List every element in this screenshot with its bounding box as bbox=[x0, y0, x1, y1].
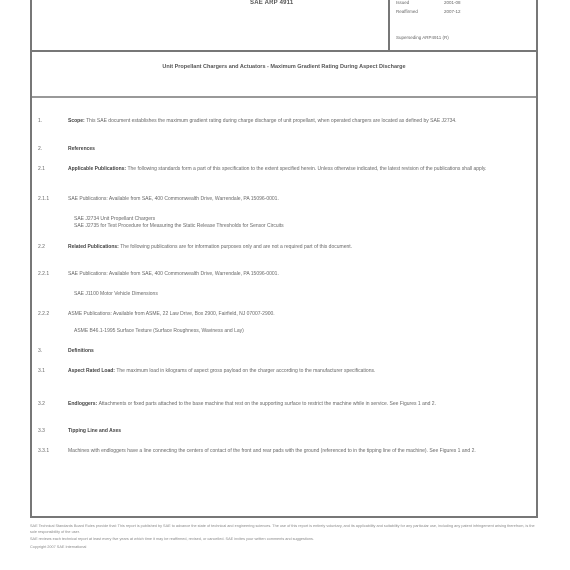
section-number: 2.2.2 bbox=[38, 311, 68, 318]
section-text: Aspect Rated Load: The maximum load in k… bbox=[68, 368, 526, 375]
section-number: 3.2 bbox=[38, 401, 68, 408]
title-divider bbox=[32, 96, 536, 98]
section-text: SAE Publications: Available from SAE, 40… bbox=[68, 196, 526, 203]
section-text: Scope: This SAE document establishes the… bbox=[68, 118, 526, 125]
section-text: Related Publications: The following publ… bbox=[68, 244, 526, 251]
section-heading: Tipping Line and Axes bbox=[68, 428, 121, 434]
reference-entry: SAE J1100 Motor Vehicle Dimensions bbox=[74, 291, 514, 298]
section-number: 3. bbox=[38, 348, 68, 355]
section-text: ASME Publications: Available from ASME, … bbox=[68, 311, 526, 318]
reference-entry: SAE J2735 for Test Procedure for Measuri… bbox=[74, 223, 514, 230]
header-left-panel: SAE ARP 4911 bbox=[32, 0, 390, 52]
meta-issued: Issued2001-08 bbox=[396, 0, 461, 5]
reference-entry: ASME B46.1-1995 Surface Texture (Surface… bbox=[74, 328, 514, 335]
section-text: Machines with endloggers have a line con… bbox=[68, 448, 526, 455]
section-heading: References bbox=[68, 146, 95, 152]
header-divider bbox=[32, 50, 536, 52]
document-number: SAE ARP 4911 bbox=[250, 0, 293, 6]
section-text: SAE Publications: Available from SAE, 40… bbox=[68, 271, 526, 278]
section-heading: Applicable Publications: bbox=[68, 166, 127, 172]
footer-note: SAE reviews each technical report at lea… bbox=[30, 537, 538, 543]
section-number: 2.2 bbox=[38, 244, 68, 251]
reference-entry: SAE J2734 Unit Propellant Chargers bbox=[74, 216, 514, 223]
meta-reaffirmed: Reaffirmed2007-12 bbox=[396, 9, 461, 14]
section-number: 3.1 bbox=[38, 368, 68, 375]
section-text: Endloggers: Attachments or fixed parts a… bbox=[68, 401, 526, 408]
section-text: References bbox=[68, 146, 526, 153]
meta-supersedes: Superseding ARP4911 (R) bbox=[396, 35, 449, 40]
section-number: 2.1 bbox=[38, 166, 68, 173]
section-text: Tipping Line and Axes bbox=[68, 428, 526, 435]
header-meta-panel: Issued2001-08 Reaffirmed2007-12 Supersed… bbox=[390, 0, 536, 52]
section-heading: Aspect Rated Load: bbox=[68, 368, 116, 374]
section-heading: Endloggers: bbox=[68, 401, 99, 407]
section-number: 1. bbox=[38, 118, 68, 125]
section-number: 2.1.1 bbox=[38, 196, 68, 203]
document-footer: SAE Technical Standards Board Rules prov… bbox=[30, 524, 538, 552]
document-page: SAE ARP 4911 Issued2001-08 Reaffirmed200… bbox=[30, 0, 538, 518]
section-number: 2. bbox=[38, 146, 68, 153]
section-heading: Scope: bbox=[68, 118, 86, 124]
section-text: Applicable Publications: The following s… bbox=[68, 166, 526, 173]
footer-note: Copyright 2007 SAE International bbox=[30, 545, 538, 551]
section-heading: Definitions bbox=[68, 348, 94, 354]
section-number: 2.2.1 bbox=[38, 271, 68, 278]
document-title: Unit Propellant Chargers and Actuators -… bbox=[32, 64, 536, 70]
section-heading: Related Publications: bbox=[68, 244, 120, 250]
section-number: 3.3 bbox=[38, 428, 68, 435]
section-number: 3.3.1 bbox=[38, 448, 68, 455]
footer-note: SAE Technical Standards Board Rules prov… bbox=[30, 524, 538, 535]
section-text: Definitions bbox=[68, 348, 526, 355]
